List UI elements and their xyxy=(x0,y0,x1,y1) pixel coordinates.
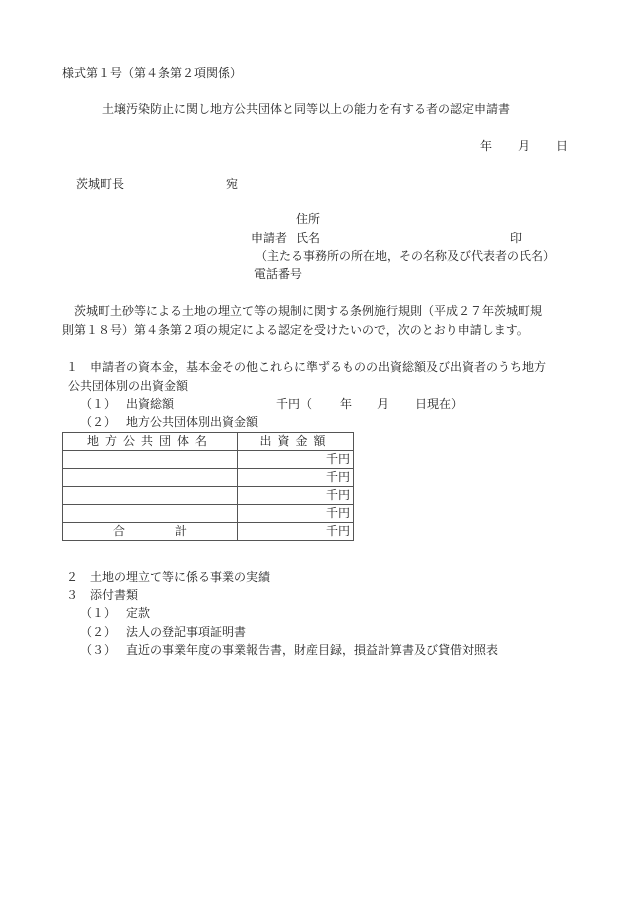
section-3-number: ３ xyxy=(66,588,78,603)
government-name-cell[interactable] xyxy=(63,451,238,469)
attachment-1-text: 定款 xyxy=(126,606,150,621)
total-label-left: 合 xyxy=(113,524,125,538)
applicant-label: 申請者 xyxy=(251,231,287,246)
total-label: 合計 xyxy=(63,523,238,541)
date-month: 月 xyxy=(518,139,530,154)
form-number: 様式第１号（第４条第２項関係） xyxy=(62,66,242,81)
section-1-text-line-1: 申請者の資本金，基本金その他これらに準ずるものの出資総額及び出資者のうち地方 xyxy=(90,360,546,375)
attachment-3-text: 直近の事業年度の事業報告書，財産目録，損益計算書及び貸借対照表 xyxy=(126,643,498,658)
government-name-cell[interactable] xyxy=(63,505,238,523)
amount-cell[interactable]: 千円 xyxy=(238,469,354,487)
table-total-row: 合計 千円 xyxy=(63,523,354,541)
attachment-2-text: 法人の登記事項証明書 xyxy=(126,625,246,640)
section-3-text: 添付書類 xyxy=(90,588,138,603)
applicant-note: （主たる事務所の所在地，その名称及び代表者の氏名） xyxy=(255,249,555,264)
table-header-row: 地方公共団体名 出資金額 xyxy=(63,433,354,451)
item-1-month: 月 xyxy=(377,397,389,412)
section-1-text-line-2: 公共団体別の出資金額 xyxy=(68,379,188,394)
item-2-label: （２） xyxy=(80,415,116,430)
header-government-name: 地方公共団体名 xyxy=(63,433,238,451)
phone-label: 電話番号 xyxy=(254,267,302,282)
date-year: 年 xyxy=(480,139,492,154)
seal-mark: 印 xyxy=(510,231,522,246)
table-row: 千円 xyxy=(63,505,354,523)
item-1-day-suffix: 日現在） xyxy=(415,397,463,412)
item-1-text: 出資総額 xyxy=(126,397,174,412)
body-line-1: 茨城町土砂等による土地の埋立て等の規制に関する条例施行規則（平成２７年茨城町規 xyxy=(74,304,542,319)
section-2-text: 土地の埋立て等に係る事業の実績 xyxy=(90,570,270,585)
address-label: 住所 xyxy=(296,212,320,227)
attachment-3-label: （３） xyxy=(80,643,116,658)
amount-cell[interactable]: 千円 xyxy=(238,451,354,469)
item-1-unit: 千円（ xyxy=(276,397,312,412)
amount-cell[interactable]: 千円 xyxy=(238,487,354,505)
attachment-2-label: （２） xyxy=(80,625,116,640)
section-1-number: １ xyxy=(66,360,78,375)
item-1-year: 年 xyxy=(340,397,352,412)
table-row: 千円 xyxy=(63,487,354,505)
item-2-text: 地方公共団体別出資金額 xyxy=(126,415,258,430)
government-name-cell[interactable] xyxy=(63,469,238,487)
addressee-honorific: 宛 xyxy=(226,177,238,192)
total-amount-cell[interactable]: 千円 xyxy=(238,523,354,541)
name-label: 氏名 xyxy=(296,231,320,246)
amount-cell[interactable]: 千円 xyxy=(238,505,354,523)
government-name-cell[interactable] xyxy=(63,487,238,505)
date-day: 日 xyxy=(556,139,568,154)
attachment-1-label: （１） xyxy=(80,606,116,621)
section-2-number: ２ xyxy=(66,570,78,585)
item-1-label: （１） xyxy=(80,397,116,412)
table-row: 千円 xyxy=(63,451,354,469)
body-line-2: 則第１８号）第４条第２項の規定による認定を受けたいので，次のとおり申請します。 xyxy=(62,323,529,338)
table-row: 千円 xyxy=(63,469,354,487)
document-title: 土壌汚染防止に関し地方公共団体と同等以上の能力を有する者の認定申請書 xyxy=(102,102,510,117)
total-label-right: 計 xyxy=(175,524,187,538)
header-investment-amount: 出資金額 xyxy=(238,433,354,451)
addressee-name: 茨城町長 xyxy=(76,177,124,192)
investment-table: 地方公共団体名 出資金額 千円 千円 千円 千円 合計 千円 xyxy=(62,432,354,541)
